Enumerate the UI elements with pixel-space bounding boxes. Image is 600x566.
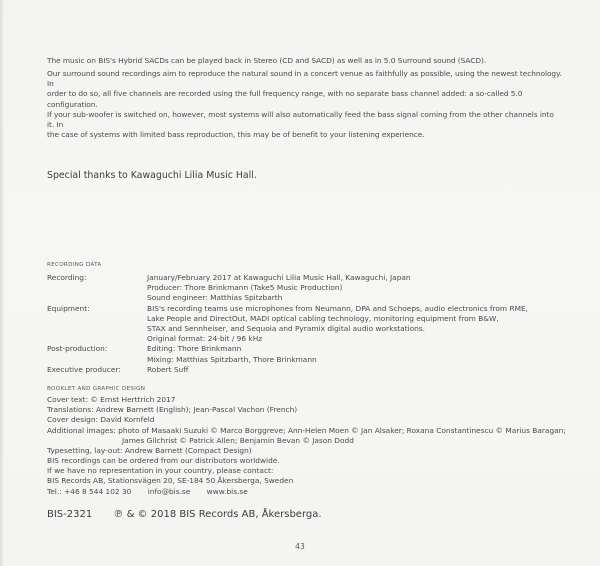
credit-line: Translations: Andrew Barnett (English); … xyxy=(47,405,577,415)
row-label: Post-production: xyxy=(47,344,147,364)
value-line: Editing: Thore Brinkmann xyxy=(147,344,567,354)
credit-line: Cover design: David Kornfeld xyxy=(47,415,577,425)
value-line: STAX and Sennheiser, and Sequoia and Pyr… xyxy=(147,324,567,334)
booklet-credits: Cover text: © Ernst Herttrich 2017 Trans… xyxy=(47,395,577,456)
copyright-notice: ℗ & © 2018 BIS Records AB, Åkersberga. xyxy=(113,509,321,520)
recording-data-heading: Recording Data xyxy=(47,262,101,268)
paragraph-line: the case of systems with limited bass re… xyxy=(47,130,562,140)
paragraph-line: Our surround sound recordings aim to rep… xyxy=(47,69,562,89)
phone-number: Tel.: +46 8 544 102 30 xyxy=(47,487,131,496)
catalog-footer: BIS-2321 ℗ & © 2018 BIS Records AB, Åker… xyxy=(47,509,322,521)
row-label: Equipment: xyxy=(47,304,147,345)
catalog-number: BIS-2321 xyxy=(47,509,92,520)
row-value: Robert Suff xyxy=(147,365,567,375)
booklet-design-heading: Booklet and Graphic Design xyxy=(47,386,145,392)
surround-sound-paragraph: Our surround sound recordings aim to rep… xyxy=(47,69,562,140)
paragraph-line: If your sub-woofer is switched on, howev… xyxy=(47,110,562,130)
recording-data-table: Recording: January/February 2017 at Kawa… xyxy=(47,273,567,375)
page-edge-shadow xyxy=(0,0,4,566)
post-production-row: Post-production: Editing: Thore Brinkman… xyxy=(47,344,567,364)
booklet-page: The music on BIS's Hybrid SACDs can be p… xyxy=(0,0,600,566)
credit-line: James Gilchrist © Patrick Allen; Benjami… xyxy=(47,436,577,446)
value-line: Lake People and DirectOut, MADI optical … xyxy=(147,314,567,324)
address-line: BIS Records AB, Stationsvägen 20, SE-184… xyxy=(47,476,293,486)
special-thanks: Special thanks to Kawaguchi Lilia Music … xyxy=(47,170,257,182)
value-line: January/February 2017 at Kawaguchi Lilia… xyxy=(147,273,567,283)
value-line: Mixing: Matthias Spitzbarth, Thore Brink… xyxy=(147,355,567,365)
row-label: Recording: xyxy=(47,273,147,304)
value-line: Original format: 24-bit / 96 kHz xyxy=(147,334,567,344)
row-value: Editing: Thore Brinkmann Mixing: Matthia… xyxy=(147,344,567,364)
contact-details: Tel.: +46 8 544 102 30 info@bis.se www.b… xyxy=(47,487,293,497)
website-link[interactable]: www.bis.se xyxy=(207,487,248,496)
executive-producer-row: Executive producer: Robert Suff xyxy=(47,365,567,375)
credit-line: Cover text: © Ernst Herttrich 2017 xyxy=(47,395,577,405)
equipment-row: Equipment: BIS's recording teams use mic… xyxy=(47,304,567,345)
contact-line: If we have no representation in your cou… xyxy=(47,466,293,476)
value-line: Producer: Thore Brinkmann (Take5 Music P… xyxy=(147,283,567,293)
credit-line: Additional images: photo of Masaaki Suzu… xyxy=(47,426,577,436)
row-label: Executive producer: xyxy=(47,365,147,375)
sacd-playback-note: The music on BIS's Hybrid SACDs can be p… xyxy=(47,56,567,66)
email-link[interactable]: info@bis.se xyxy=(148,487,191,496)
row-value: January/February 2017 at Kawaguchi Lilia… xyxy=(147,273,567,304)
contact-block: BIS recordings can be ordered from our d… xyxy=(47,456,293,497)
value-line: BIS's recording teams use microphones fr… xyxy=(147,304,567,314)
row-value: BIS's recording teams use microphones fr… xyxy=(147,304,567,345)
page-number: 43 xyxy=(0,542,600,551)
paragraph-line: order to do so, all five channels are re… xyxy=(47,89,562,109)
value-line: Robert Suff xyxy=(147,365,567,375)
contact-line: BIS recordings can be ordered from our d… xyxy=(47,456,293,466)
value-line: Sound engineer: Matthias Spitzbarth xyxy=(147,293,567,303)
recording-row: Recording: January/February 2017 at Kawa… xyxy=(47,273,567,304)
credit-line: Typesetting, lay-out: Andrew Barnett (Co… xyxy=(47,446,577,456)
